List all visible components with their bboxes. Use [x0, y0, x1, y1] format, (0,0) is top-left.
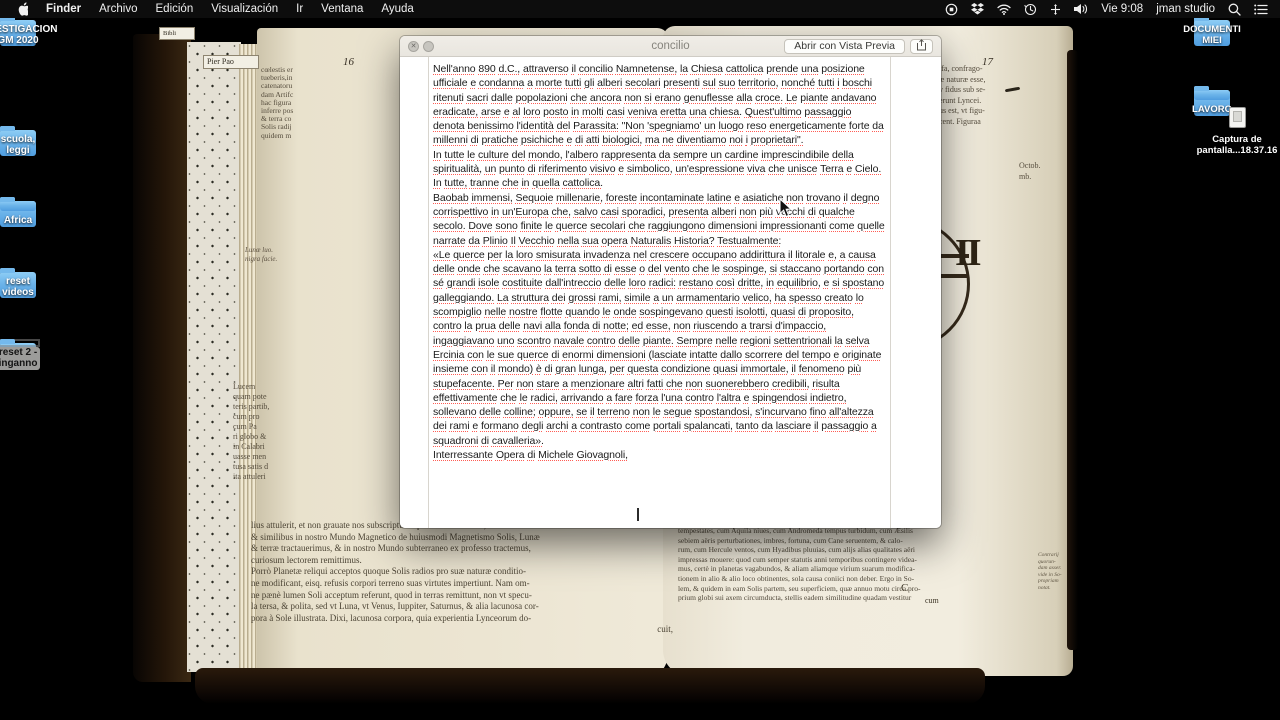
time-machine-icon[interactable] — [1024, 3, 1037, 16]
document-paragraph: Baobab immensi, Sequoie millenarie, fore… — [433, 191, 885, 248]
book-catchword-letter: C — [901, 582, 908, 594]
document-paragraph: Interressante Opera di Michele Giovagnol… — [433, 448, 885, 462]
open-with-preview-button[interactable]: Abrir con Vista Previa — [784, 39, 905, 54]
book-text-line: cum Pa — [233, 422, 403, 432]
book-text-line: cuit, — [251, 624, 673, 636]
desktop-icon-label: Africa — [1, 215, 35, 228]
desktop-icon-label: INVESTIGACION GM 2020 — [0, 24, 60, 47]
menu-bar-user[interactable]: jman studio — [1156, 3, 1215, 15]
desktop-icons-right: DOCUMENTI MIEI LAVORO Captura de pantall… — [1194, 18, 1280, 70]
book-text-line: ita attuleri — [233, 472, 403, 482]
menu-item[interactable]: Edición — [156, 3, 194, 15]
book-text-line: æ naturæ esse, — [939, 75, 1075, 86]
book-text-line: prium globi sui axem circumducta, stelli… — [678, 593, 1078, 603]
menu-bar-left: FinderArchivoEdiciónVisualizaciónIrVenta… — [0, 2, 414, 16]
quicklook-titlebar[interactable]: ✕ concilio Abrir con Vista Previa — [400, 36, 941, 57]
book-text-line: Octob. — [1019, 160, 1041, 171]
desktop-icon-label: reset 2 - inganno — [0, 347, 40, 370]
book-text-line: tusa satis d — [233, 462, 403, 472]
book-text-line: la tersa, & polita, sed vt Luna, vt Venu… — [251, 601, 673, 613]
book-catchword: cum — [925, 596, 939, 605]
book-left-margin-note: Lunæ luo.nigra facie. — [245, 246, 277, 264]
book-text-line: sebiem aëris perturbationes, imbres, for… — [678, 536, 1078, 546]
book-left-lower-column: Lucemquam poteteris partib,cum procum Pa… — [233, 382, 403, 482]
book-text-line: & similibus in nostro Mundo Magnetico de… — [251, 532, 673, 544]
quicklook-content: Nell'anno 890 d.C., attraverso il concil… — [400, 57, 941, 528]
desktop-icon-label: Captura de pantalla...18.37.16 — [1194, 134, 1280, 157]
book-text-line: dam Artifc — [261, 91, 409, 99]
book-text-line: curiosum lectorem remittimus. — [251, 555, 673, 567]
wifi-icon[interactable] — [997, 4, 1011, 15]
book-text-line: lem, & quidem in eam Solis partem, seu s… — [678, 584, 1078, 594]
book-bottom-right-paragraph: tempestates, cum Aquila niues, cum Andro… — [678, 526, 1078, 603]
desktop-icon[interactable]: reset 2 - inganno — [0, 343, 36, 369]
book-text-line: Contrarij — [1038, 552, 1082, 559]
menu-bar-clock[interactable]: Vie 9:08 — [1101, 3, 1143, 15]
book-text-line: inferre pos — [261, 107, 409, 115]
quicklook-window: ✕ concilio Abrir con Vista Previa Nell'a… — [400, 36, 941, 528]
book-text-line: impressas mouere: quod cum semper statut… — [678, 555, 1078, 565]
desktop-icon[interactable]: reset videos — [0, 272, 36, 298]
book-text-line: ifa, confrago- — [939, 64, 1075, 75]
menu-item[interactable]: Finder — [46, 3, 81, 15]
menu-bar: FinderArchivoEdiciónVisualizaciónIrVenta… — [0, 0, 1280, 18]
book-right-column-text: ifa, confrago-æ naturæ esse,v fidus sub … — [939, 64, 1075, 128]
book-text-line: cœlestis er — [261, 66, 409, 74]
book-text-line: quorun- — [1038, 559, 1082, 566]
book-text-line: ne pænè lumen Soli acceptum referunt, qu… — [251, 590, 673, 602]
book-right-side-note: Contrarijquorun-dam asser.vide in So-pro… — [1038, 552, 1082, 592]
book-text-line: notat. — [1038, 585, 1082, 592]
book-text-line: rum, cum Hercule ventos, cum Hyadibus pl… — [678, 545, 1078, 555]
book-text-line: catenatoru — [261, 82, 409, 90]
desktop-icon-label: reset videos — [0, 276, 37, 299]
menu-item[interactable]: Ayuda — [381, 3, 413, 15]
book-text-line: teris partib, — [233, 402, 403, 412]
screen-recording-stop-icon[interactable] — [945, 3, 958, 16]
book-text-line: propriam — [1038, 578, 1082, 585]
book-spine-label: Bibli — [159, 27, 195, 40]
text-caret — [637, 508, 639, 521]
book-ornate-initial: II — [955, 234, 979, 272]
book-text-line: cent. Figuraa — [939, 117, 1075, 128]
apple-menu-icon[interactable] — [16, 2, 28, 16]
book-text-line: nigra facie. — [245, 255, 277, 264]
desktop-icon-label: scuola, leggi — [0, 134, 38, 157]
folder-icon — [0, 201, 36, 211]
book-cover — [133, 34, 191, 682]
book-right-margin-note: Octob.mb. — [1019, 160, 1041, 182]
folder-icon — [1194, 90, 1230, 100]
book-text-line: Solis radij — [261, 123, 409, 131]
desktop: Bibli Pier Pao 16 17 cœlestis ertueberis… — [0, 0, 1280, 720]
book-text-line: mus, certè in planetas vagabundos, & ali… — [678, 564, 1078, 574]
document-paragraph: «Le querce per la loro smisurata invaden… — [433, 248, 885, 448]
book-text-line: & terræ tractauerimus, & in nostro Mundo… — [251, 543, 673, 555]
book-text-line: tionem in alio & alio loco obtinentes, s… — [678, 574, 1078, 584]
book-text-line: ri globo & — [233, 432, 403, 442]
menu-items: FinderArchivoEdiciónVisualizaciónIrVenta… — [46, 3, 414, 15]
screenshot-file-icon — [1229, 107, 1246, 128]
dropbox-icon[interactable] — [971, 3, 984, 15]
document-text: Nell'anno 890 d.C., attraverso il concil… — [428, 57, 891, 528]
mouse-pointer — [779, 198, 793, 223]
menu-item[interactable]: Ir — [296, 3, 303, 15]
book-text-line: erunt Lyncei. — [939, 96, 1075, 107]
share-button[interactable] — [910, 39, 933, 54]
volume-icon[interactable] — [1074, 3, 1088, 15]
desktop-icon[interactable]: DOCUMENTI MIEI — [1194, 20, 1230, 46]
book-text-line: pora à Sole illustrata. Dixi, lacunosa c… — [251, 613, 673, 625]
book-text-line: tueberis,in — [261, 74, 409, 82]
menu-bar-status: Vie 9:08 jman studio — [945, 3, 1280, 16]
book-text-line: in Calabri — [233, 442, 403, 452]
book-text-line: Lunæ luo. — [245, 246, 277, 255]
menu-item[interactable]: Archivo — [99, 3, 137, 15]
book-spine-label: Pier Pao — [203, 55, 259, 69]
menu-item[interactable]: Ventana — [321, 3, 363, 15]
desktop-icon[interactable]: Captura de pantalla...18.37.16 — [1194, 104, 1280, 157]
book-text-line: uasse men — [233, 452, 403, 462]
notification-list-icon[interactable] — [1254, 4, 1268, 15]
book-text-line: dam asser. — [1038, 565, 1082, 572]
book-text-line: quidem m — [261, 132, 409, 140]
share-icon — [916, 38, 927, 56]
document-paragraph: In tutte le culture del mondo, l'albero … — [433, 148, 885, 191]
book-text-line: quam pote — [233, 392, 403, 402]
move-arrows-icon[interactable] — [1050, 4, 1061, 15]
desktop-icon-label: DOCUMENTI MIEI — [1180, 24, 1244, 47]
book-text-line: vide in So- — [1038, 572, 1082, 579]
book-text-line: us est, vt figu- — [939, 106, 1075, 117]
book-bottom-cover — [195, 668, 985, 704]
spotlight-search-icon[interactable] — [1228, 3, 1241, 16]
book-left-column-text: cœlestis ertueberis,incatenatorudam Arti… — [261, 66, 409, 140]
book-text-line: & terra co — [261, 115, 409, 123]
desktop-icons-left: INVESTIGACION GM 2020 scuola, leggi Afri… — [0, 18, 92, 148]
document-paragraph: Nell'anno 890 d.C., attraverso il concil… — [433, 62, 885, 148]
book-text-line: hac figura — [261, 99, 409, 107]
book-text-line: Lucem — [233, 382, 403, 392]
desktop-icon[interactable]: Africa — [0, 201, 36, 227]
desktop-icon[interactable]: scuola, leggi — [0, 130, 36, 156]
menu-item[interactable]: Visualización — [211, 3, 278, 15]
book-bottom-left-paragraph: lius attulerit, et non grauate nos subsc… — [251, 520, 673, 636]
desktop-icon[interactable]: INVESTIGACION GM 2020 — [0, 20, 36, 46]
book-text-line: mb. — [1019, 171, 1041, 182]
book-text-line: ne modificant, eisq. refusis corpori ter… — [251, 578, 673, 590]
book-endpaper-pattern — [187, 42, 241, 672]
book-text-line: Porrò Planetæ reliqui acceptos quoque So… — [251, 566, 673, 578]
book-text-line: cum pro — [233, 412, 403, 422]
